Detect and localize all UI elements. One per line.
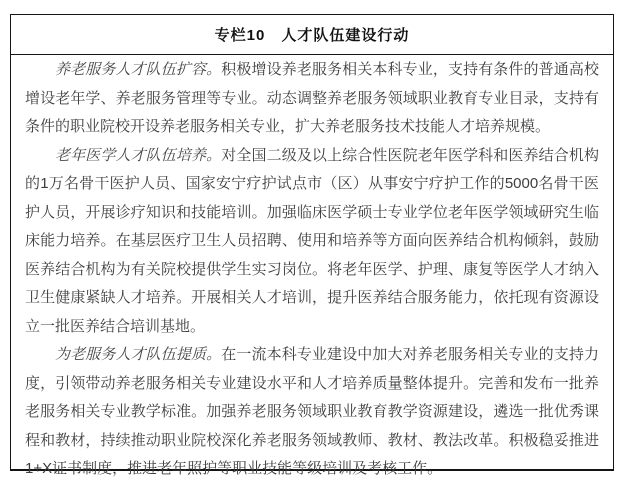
- paragraph-text: 在一流本科专业建设中加大对养老服务相关专业的支持力度，引领带动养老服务相关专业建…: [25, 346, 599, 477]
- panel-title-row: 专栏10 人才队伍建设行动: [11, 15, 613, 55]
- paragraph: 为老服务人才队伍提质。在一流本科专业建设中加大对养老服务相关专业的支持力度，引领…: [25, 341, 599, 484]
- paragraph-text: 对全国二级及以上综合性医院老年医学科和医养结合机构的1万名骨干医护人员、国家安宁…: [25, 147, 599, 335]
- paragraph: 老年医学人才队伍培养。对全国二级及以上综合性医院老年医学科和医养结合机构的1万名…: [25, 142, 599, 342]
- column-panel: 专栏10 人才队伍建设行动 养老服务人才队伍扩容。积极增设养老服务相关本科专业，…: [10, 14, 614, 471]
- panel-title: 专栏10 人才队伍建设行动: [215, 24, 410, 45]
- page-background: { "page": { "background_color": "#ffffff…: [0, 0, 625, 487]
- paragraph: 养老服务人才队伍扩容。积极增设养老服务相关本科专业，支持有条件的普通高校增设老年…: [25, 56, 599, 142]
- paragraph-lead: 养老服务人才队伍扩容。: [55, 62, 221, 78]
- panel-body: 养老服务人才队伍扩容。积极增设养老服务相关本科专业，支持有条件的普通高校增设老年…: [11, 55, 613, 484]
- paragraph-lead: 老年医学人才队伍培养。: [55, 148, 221, 164]
- paragraph-lead: 为老服务人才队伍提质。: [55, 347, 221, 363]
